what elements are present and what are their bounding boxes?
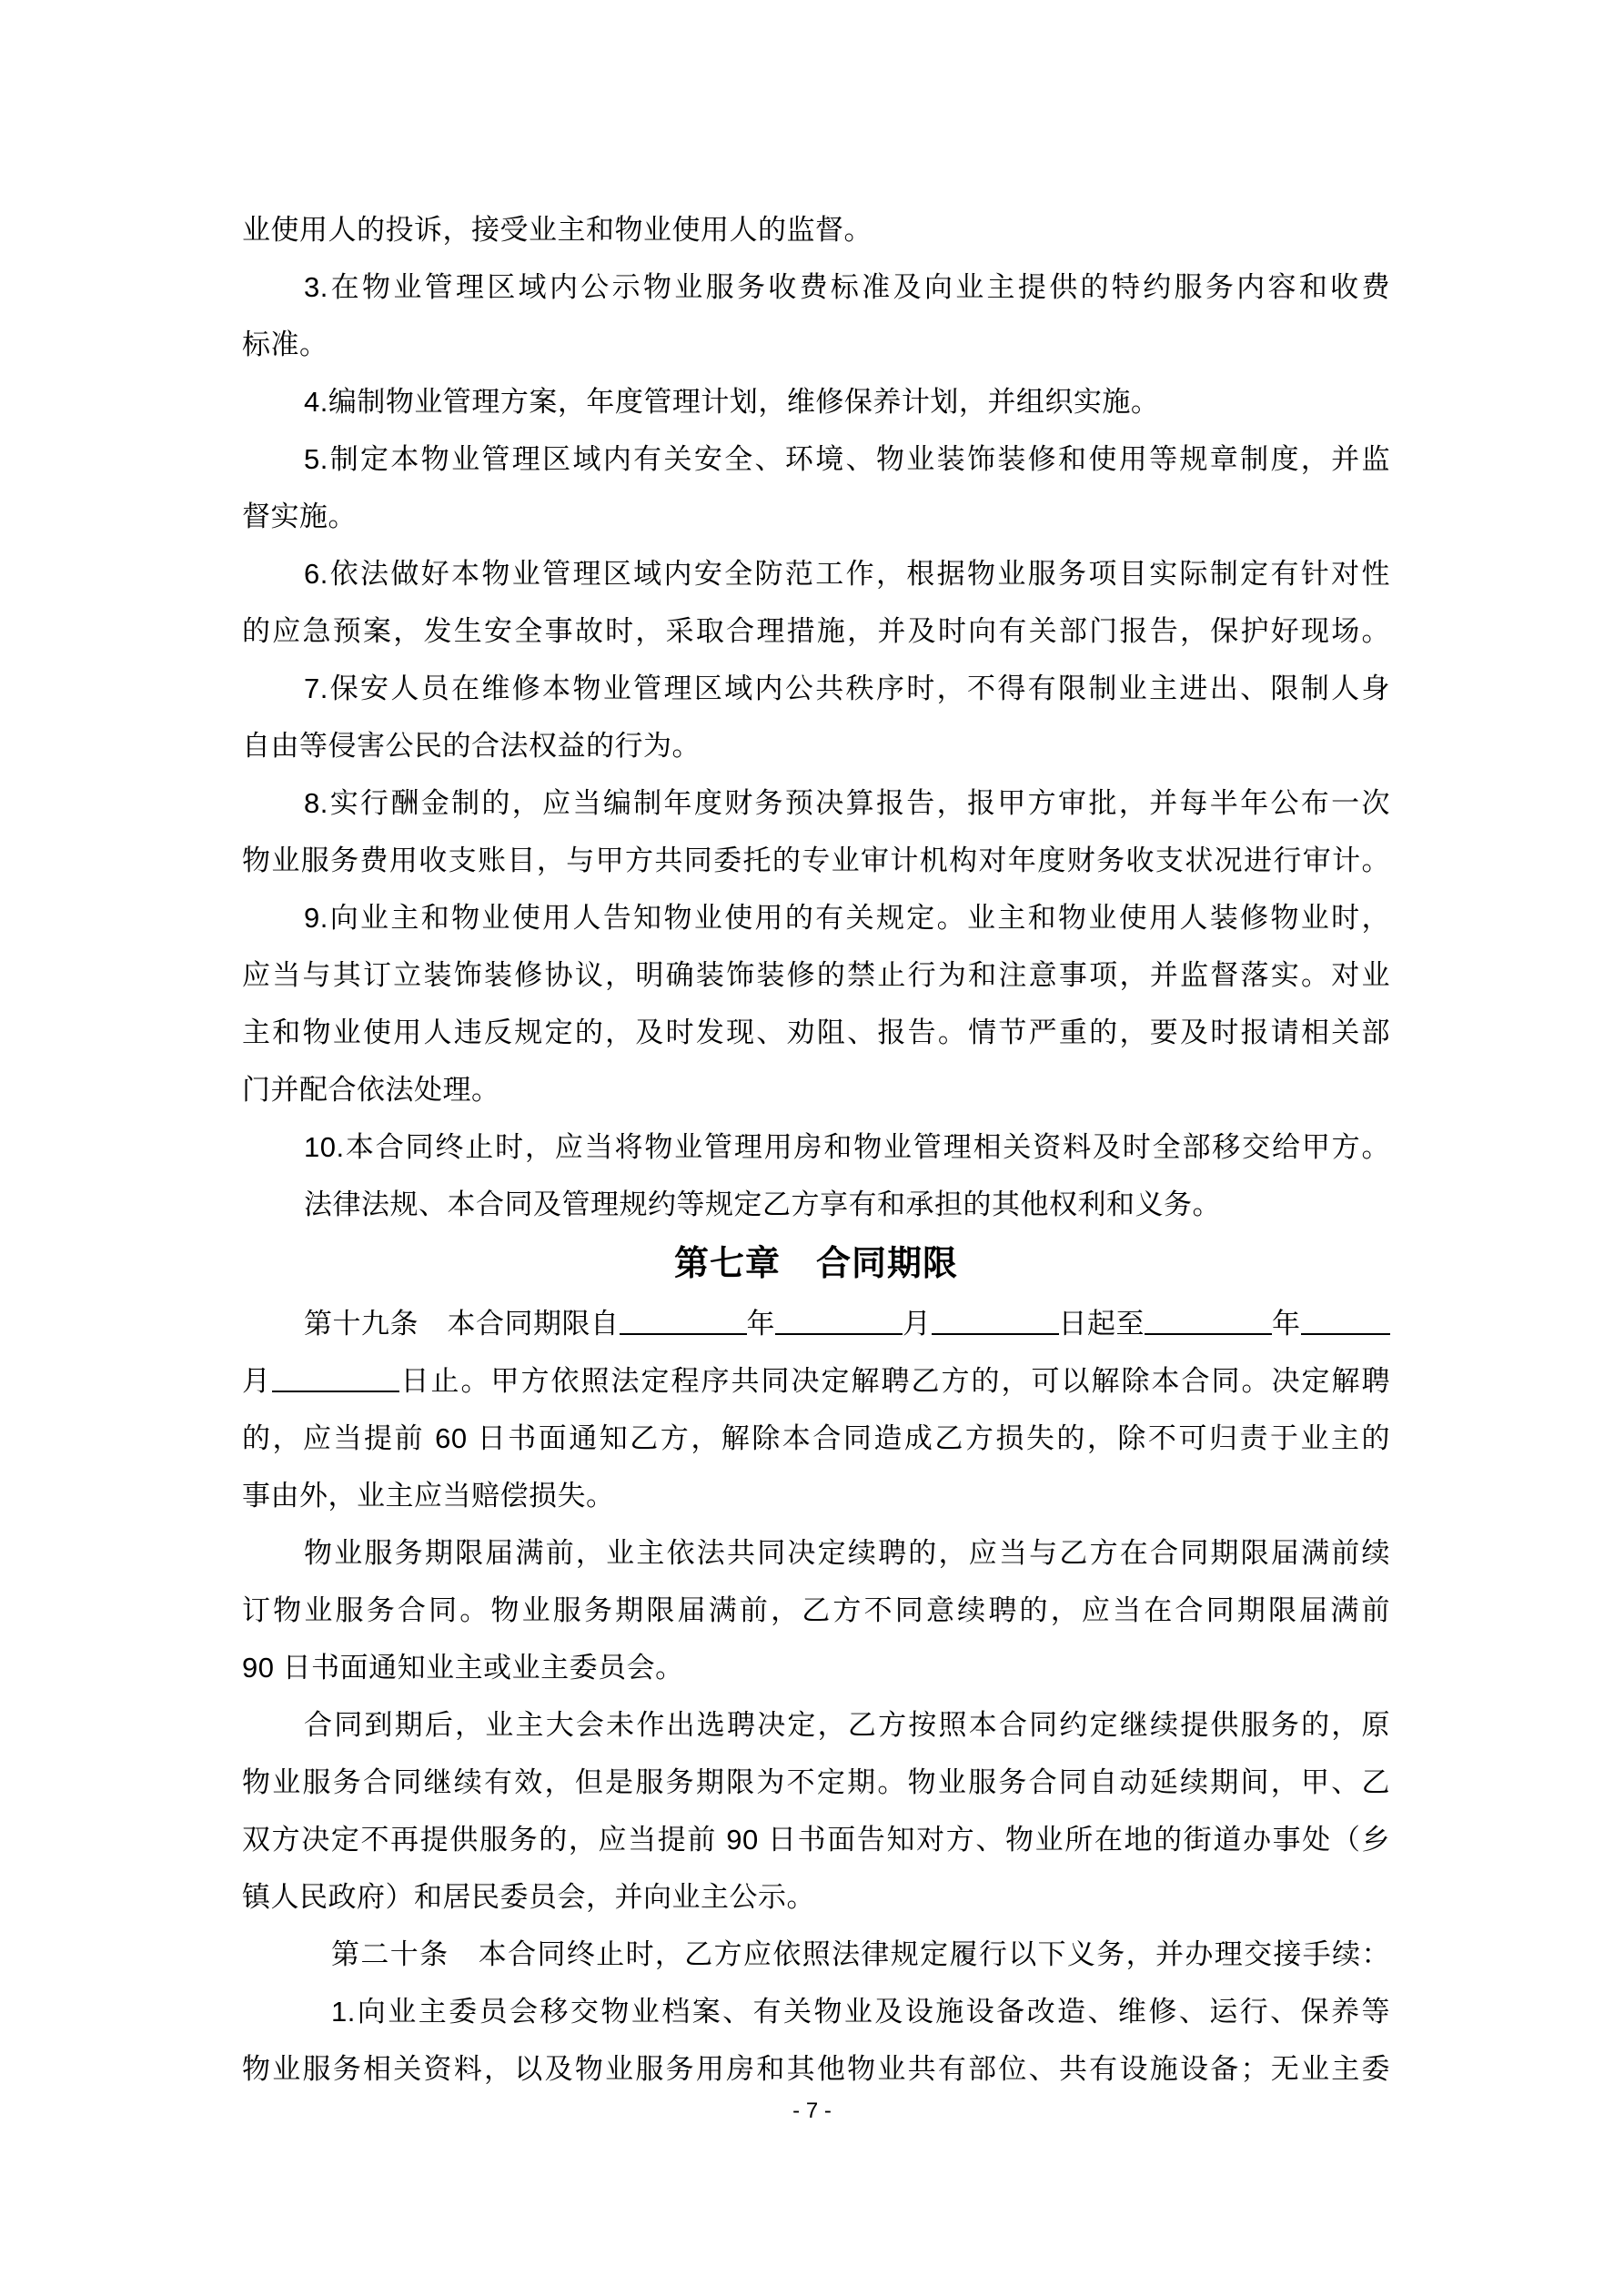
text-line: 4.编制物业管理方案，年度管理计划，维修保养计划，并组织实施。 — [242, 373, 1390, 430]
text-line: 督实施。 — [242, 488, 1390, 545]
text-line: 物业服务期限届满前，业主依法共同决定续聘的，应当与乙方在合同期限届满前续 — [242, 1524, 1390, 1582]
text-line: 8.实行酬金制的，应当编制年度财务预决算报告，报甲方审批，并每半年公布一次 — [242, 774, 1390, 832]
text-line: 10.本合同终止时，应当将物业管理用房和物业管理相关资料及时全部移交给甲方。 — [242, 1118, 1390, 1176]
text-line: 的，应当提前 60 日书面通知乙方，解除本合同造成乙方损失的，除不可归责于业主的 — [242, 1410, 1390, 1467]
text-run: 日止。甲方依照法定程序共同决定解聘乙方的，可以解除本合同。决定解聘 — [399, 1365, 1390, 1397]
text-line: 5.制定本物业管理区域内有关安全、环境、物业装饰装修和使用等规章制度，并监 — [242, 430, 1390, 488]
text-line: 月日止。甲方依照法定程序共同决定解聘乙方的，可以解除本合同。决定解聘 — [242, 1352, 1390, 1410]
text-line: 1.向业主委员会移交物业档案、有关物业及设施设备改造、维修、运行、保养等 — [242, 1983, 1390, 2040]
text-run: 月 — [242, 1365, 272, 1397]
chapter-heading: 第七章 合同期限 — [242, 1233, 1390, 1295]
text-run: 年 — [1272, 1308, 1301, 1340]
document-body: 业使用人的投诉，接受业主和物业使用人的监督。3.在物业管理区域内公示物业服务收费… — [242, 201, 1390, 2098]
text-line: 门并配合依法处理。 — [242, 1061, 1390, 1118]
text-run: 年 — [747, 1308, 776, 1340]
text-line: 自由等侵害公民的合法权益的行为。 — [242, 717, 1390, 774]
text-line: 物业服务合同继续有效，但是服务期限为不定期。物业服务合同自动延续期间，甲、乙 — [242, 1754, 1390, 1811]
text-line: 的应急预案，发生安全事故时，采取合理措施，并及时向有关部门报告，保护好现场。 — [242, 602, 1390, 660]
text-line: 物业服务相关资料，以及物业服务用房和其他物业共有部位、共有设施设备；无业主委 — [242, 2040, 1390, 2098]
text-line: 法律法规、本合同及管理规约等规定乙方享有和承担的其他权利和义务。 — [242, 1176, 1390, 1233]
text-line: 7.保安人员在维修本物业管理区域内公共秩序时，不得有限制业主进出、限制人身 — [242, 660, 1390, 717]
text-line: 业使用人的投诉，接受业主和物业使用人的监督。 — [242, 201, 1390, 258]
underline-blank-field — [620, 1302, 747, 1335]
text-line: 合同到期后，业主大会未作出选聘决定，乙方按照本合同约定继续提供服务的，原 — [242, 1696, 1390, 1754]
text-line: 应当与其订立装饰装修协议，明确装饰装修的禁止行为和注意事项，并监督落实。对业 — [242, 946, 1390, 1004]
text-run: 月 — [903, 1308, 932, 1340]
text-line: 90 日书面通知业主或业主委员会。 — [242, 1639, 1390, 1696]
text-line: 标准。 — [242, 316, 1390, 373]
underline-blank-field — [1145, 1302, 1272, 1335]
underline-blank-field — [775, 1302, 903, 1335]
text-run: 第十九条 本合同期限自 — [304, 1308, 620, 1340]
text-run: 日起至 — [1059, 1308, 1145, 1340]
text-line: 第二十条 本合同终止时，乙方应依照法律规定履行以下义务，并办理交接手续： — [242, 1926, 1390, 1983]
text-line: 6.依法做好本物业管理区域内安全防范工作，根据物业服务项目实际制定有针对性 — [242, 545, 1390, 602]
underline-blank-field — [272, 1360, 399, 1392]
text-line: 订物业服务合同。物业服务期限届满前，乙方不同意续聘的，应当在合同期限届满前 — [242, 1582, 1390, 1639]
text-line: 双方决定不再提供服务的，应当提前 90 日书面告知对方、物业所在地的街道办事处（… — [242, 1811, 1390, 1868]
text-line: 事由外，业主应当赔偿损失。 — [242, 1467, 1390, 1524]
page-number: - 7 - — [0, 2095, 1624, 2128]
text-line: 第十九条 本合同期限自年月日起至年 — [242, 1295, 1390, 1352]
document-page: 业使用人的投诉，接受业主和物业使用人的监督。3.在物业管理区域内公示物业服务收费… — [0, 0, 1624, 2296]
text-line: 3.在物业管理区域内公示物业服务收费标准及向业主提供的特约服务内容和收费 — [242, 258, 1390, 316]
text-line: 9.向业主和物业使用人告知物业使用的有关规定。业主和物业使用人装修物业时， — [242, 889, 1390, 946]
underline-blank-field — [932, 1302, 1059, 1335]
underline-blank-field — [1301, 1302, 1391, 1335]
text-line: 物业服务费用收支账目，与甲方共同委托的专业审计机构对年度财务收支状况进行审计。 — [242, 832, 1390, 889]
text-line: 镇人民政府）和居民委员会，并向业主公示。 — [242, 1868, 1390, 1926]
text-line: 主和物业使用人违反规定的，及时发现、劝阻、报告。情节严重的，要及时报请相关部 — [242, 1004, 1390, 1061]
